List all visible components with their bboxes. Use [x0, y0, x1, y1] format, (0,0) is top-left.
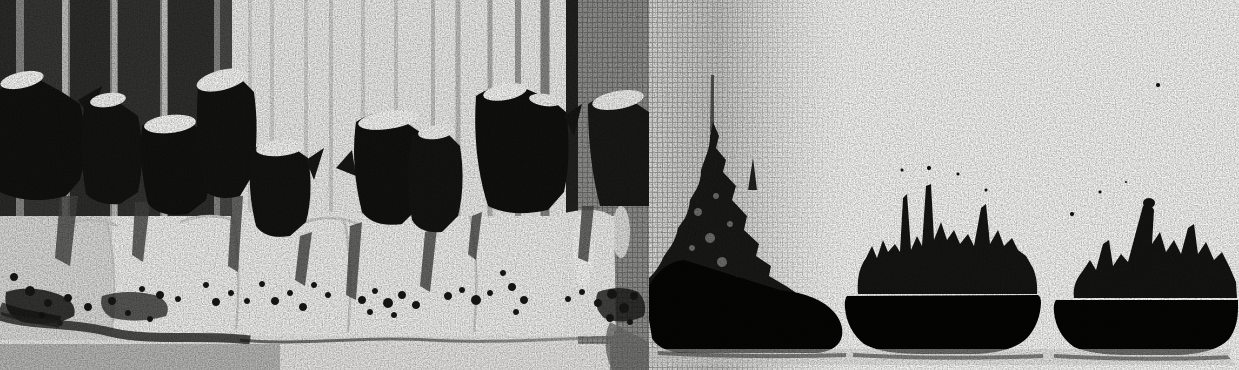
- scanned-photo-collage: [0, 0, 1239, 370]
- photo-figure: [0, 0, 1239, 370]
- halftone-grain: [0, 0, 1239, 370]
